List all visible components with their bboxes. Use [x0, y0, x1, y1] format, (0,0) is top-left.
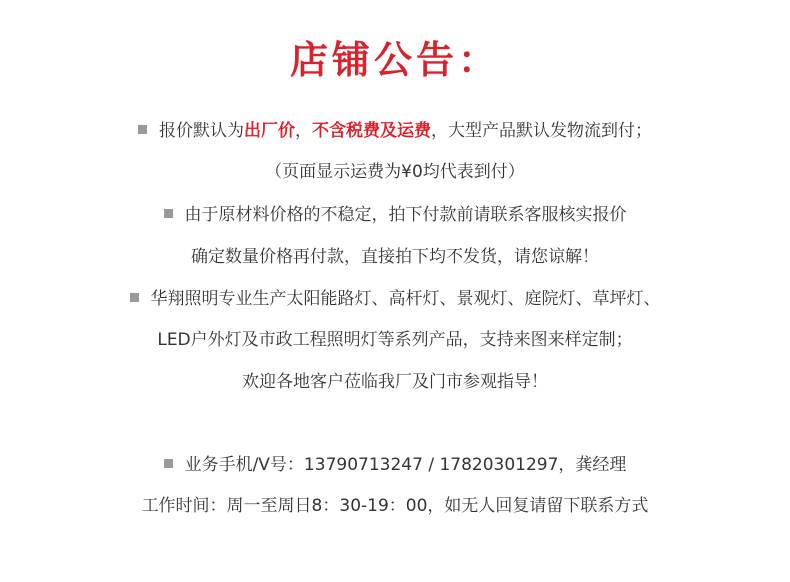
confirm-note: 确定数量价格再付款，直接拍下均不发货，请您谅解！ [0, 245, 790, 269]
welcome-note: 欢迎各地客户莅临我厂及门市参观指导！ [0, 370, 790, 394]
notice-item-products: 华翔照明专业生产太阳能路灯、高杆灯、景观灯、庭院灯、草坪灯、 [0, 287, 790, 311]
square-bullet-icon [164, 209, 173, 218]
pricing-suffix: ，大型产品默认发物流到付； [431, 121, 652, 141]
square-bullet-icon [164, 459, 173, 468]
working-hours: 工作时间：周一至周日8：30-19：00，如无人回复请留下联系方式 [0, 494, 790, 518]
materials-text: 由于原材料价格的不稳定，拍下付款前请联系客服核实报价 [185, 205, 627, 225]
pricing-separator: ， [295, 121, 312, 141]
shipping-note: （页面显示运费为¥0均代表到付） [0, 160, 790, 184]
notice-item-materials: 由于原材料价格的不稳定，拍下付款前请联系客服核实报价 [0, 203, 790, 227]
products-note: LED户外灯及市政工程照明灯等系列产品，支持来图来样定制； [0, 328, 790, 352]
page-title: 店铺公告： [0, 36, 790, 84]
tax-shipping-highlight: 不含税费及运费 [312, 121, 431, 141]
notice-item-pricing: 报价默认为出厂价，不含税费及运费，大型产品默认发物流到付； [0, 119, 790, 143]
phone-text: 业务手机/V号：13790713247 / 17820301297，龚经理 [185, 455, 627, 475]
contact-phone: 业务手机/V号：13790713247 / 17820301297，龚经理 [0, 453, 790, 477]
pricing-prefix: 报价默认为 [159, 121, 244, 141]
factory-price-highlight: 出厂价 [244, 121, 295, 141]
square-bullet-icon [130, 293, 139, 302]
products-text: 华翔照明专业生产太阳能路灯、高杆灯、景观灯、庭院灯、草坪灯、 [151, 289, 661, 309]
square-bullet-icon [138, 125, 147, 134]
